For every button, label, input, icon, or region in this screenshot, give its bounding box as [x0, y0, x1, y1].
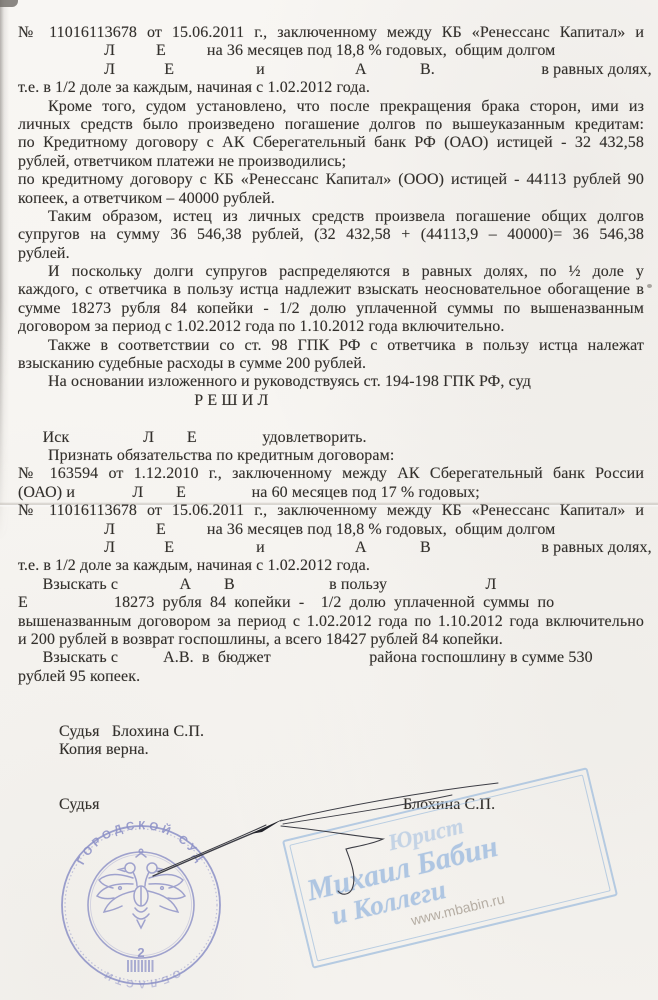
- text-line: № 163594 от 1.12.2010 г., заключенному м…: [18, 465, 644, 483]
- text-line: Копия верна.: [18, 741, 644, 759]
- text-line: Признать обязательства по кредитным дого…: [18, 447, 644, 465]
- text-line: Л Е и А В в равных долях,: [18, 539, 644, 557]
- text-line: договором за период с 1.02.2012 года по …: [18, 318, 644, 336]
- text-line: Иск Л Е удовлетворить.: [18, 429, 644, 447]
- seal-number: 2: [137, 945, 144, 960]
- blank-line: [18, 410, 644, 428]
- blank-line: [18, 686, 644, 704]
- scan-corner-artifact: [0, 0, 18, 7]
- double-headed-eagle-icon: [97, 849, 185, 928]
- text-line: сумме 18273 рубля 84 копейки - 1/2 долю …: [18, 300, 644, 318]
- text-line: рублей, ответчиком платежи не производил…: [18, 153, 644, 171]
- text-line: Взыскать с А В в пользу Л: [18, 576, 644, 594]
- text-line: Судья Блохина С.П.: [18, 723, 644, 741]
- svg-text:ГОРОДСКОЙ СУД: ГОРОДСКОЙ СУД: [75, 820, 207, 867]
- text-line: вышеназванным договором за период с 1.02…: [18, 613, 644, 631]
- text-line: Кроме того, судом установлено, что после…: [18, 98, 644, 116]
- text-line: № 11016113678 от 15.06.2011 г., заключен…: [18, 24, 644, 42]
- text-line: Таким образом, истец из личных средств п…: [18, 208, 644, 226]
- text-line: Р Е Ш И Л: [18, 392, 644, 410]
- text-line: по Кредитному договору с АК Сберегательн…: [18, 134, 644, 152]
- court-decision-text: № 11016113678 от 15.06.2011 г., заключен…: [18, 24, 644, 815]
- blank-line: [18, 704, 644, 722]
- text-line: (ОАО) и Л Е на 60 месяцев под 17 % годов…: [18, 484, 644, 502]
- text-line: т.е. в 1/2 доле за каждым, начиная с 1.0…: [18, 557, 644, 575]
- text-line: На основании изложенного и руководствуяс…: [18, 373, 644, 391]
- text-line: Л Е и А В. в равных долях,: [18, 61, 644, 79]
- text-line: личных средств было произведено погашени…: [18, 116, 644, 134]
- text-line: каждого, с ответчика в пользу истца надл…: [18, 281, 644, 299]
- text-line: супругов на сумму 36 546,38 рублей, (32 …: [18, 226, 644, 244]
- text-line: И поскольку долги супругов распределяютс…: [18, 263, 644, 281]
- seal-barcode-mark: [128, 960, 153, 972]
- scan-edge-shadow: [0, 0, 9, 540]
- scan-speck: [647, 284, 652, 288]
- text-line: по кредитному договору с КБ «Ренессанс К…: [18, 171, 644, 189]
- seal-top-text: ГОРОДСКОЙ СУД: [75, 820, 207, 867]
- text-line: Взыскать с А.В. в бюджет района госпошли…: [18, 649, 644, 667]
- text-line: т.е. в 1/2 доле за каждым, начиная с 1.0…: [18, 79, 644, 97]
- text-line: Л Е на 36 месяцев под 18,8 % годовых, об…: [18, 521, 644, 539]
- document-page: № 11016113678 от 15.06.2011 г., заключен…: [0, 0, 658, 1000]
- text-line: рублей 95 копеек.: [18, 668, 644, 686]
- text-line: рублей.: [18, 245, 644, 263]
- text-line: Е 18273 рубля 84 копейки - 1/2 долю упла…: [18, 594, 644, 612]
- text-line: Л Е на 36 месяцев под 18,8 % годовых, об…: [18, 42, 644, 60]
- text-line: копеек, а ответчиком – 40000 рублей.: [18, 190, 644, 208]
- svg-text:ОБЛАСТИ: ОБЛАСТИ: [99, 967, 183, 990]
- seal-bottom-text: ОБЛАСТИ: [99, 967, 183, 990]
- text-line: Также в соответствии со ст. 98 ГПК РФ с …: [18, 337, 644, 355]
- text-line: взысканию судебные расходы в сумме 200 р…: [18, 355, 644, 373]
- court-seal: ГОРОДСКОЙ СУД ОБЛАСТИ: [62, 820, 220, 990]
- text-line: № 11016113678 от 15.06.2011 г., заключен…: [18, 502, 644, 520]
- text-line: и 200 рублей в возврат госпошлины, а все…: [18, 631, 644, 649]
